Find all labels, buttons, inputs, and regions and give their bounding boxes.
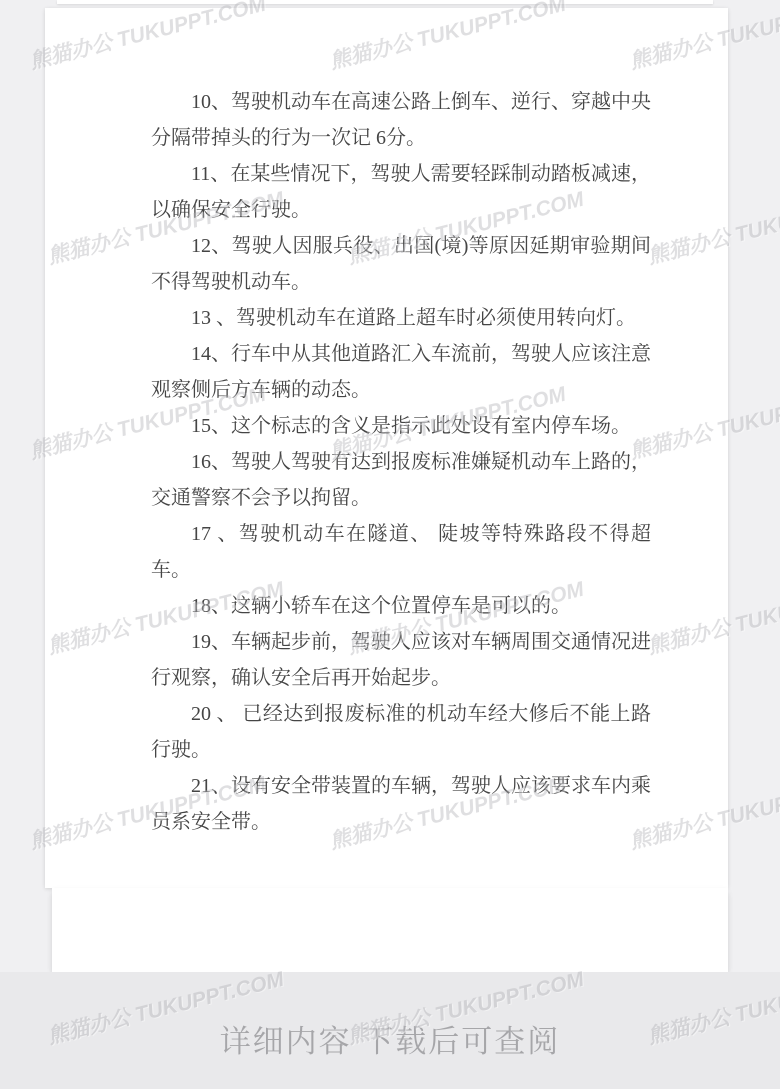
- document-paragraph: 15、这个标志的含义是指示此处设有室内停车场。: [151, 408, 651, 444]
- document-paragraph: 16、驾驶人驾驶有达到报废标准嫌疑机动车上路的，交通警察不会予以拘留。: [151, 444, 651, 516]
- document-paragraph: 19、车辆起步前，驾驶人应该对车辆周围交通情况进行观察，确认安全后再开始起步。: [151, 624, 651, 696]
- document-paragraph: 10、驾驶机动车在高速公路上倒车、逆行、穿越中央分隔带掉头的行为一次记 6分。: [151, 84, 651, 156]
- document-paragraph: 20 、 已经达到报废标准的机动车经大修后不能上路行驶。: [151, 696, 651, 768]
- document-paragraph: 13 、驾驶机动车在道路上超车时必须使用转向灯。: [151, 300, 651, 336]
- document-paragraph: 18、这辆小轿车在这个位置停车是可以的。: [151, 588, 651, 624]
- document-page-lower: [52, 888, 728, 972]
- footer-label: 详细内容 下载后可查阅: [0, 1024, 780, 1060]
- document-paragraph: 17 、驾驶机动车在隧道、 陡坡等特殊路段不得超车。: [151, 516, 651, 588]
- footer-strip: 详细内容 下载后可查阅: [0, 972, 780, 1089]
- document-paragraph: 11、在某些情况下，驾驶人需要轻踩制动踏板减速，以确保安全行驶。: [151, 156, 651, 228]
- document-paragraph: 14、行车中从其他道路汇入车流前，驾驶人应该注意观察侧后方车辆的动态。: [151, 336, 651, 408]
- document-page: 10、驾驶机动车在高速公路上倒车、逆行、穿越中央分隔带掉头的行为一次记 6分。1…: [45, 8, 728, 888]
- document-text: 10、驾驶机动车在高速公路上倒车、逆行、穿越中央分隔带掉头的行为一次记 6分。1…: [151, 84, 651, 840]
- document-paragraph: 12、驾驶人因服兵役、出国(境)等原因延期审验期间不得驾驶机动车。: [151, 228, 651, 300]
- previous-page-edge: [57, 0, 713, 4]
- document-paragraph: 21、设有安全带装置的车辆，驾驶人应该要求车内乘员系安全带。: [151, 768, 651, 840]
